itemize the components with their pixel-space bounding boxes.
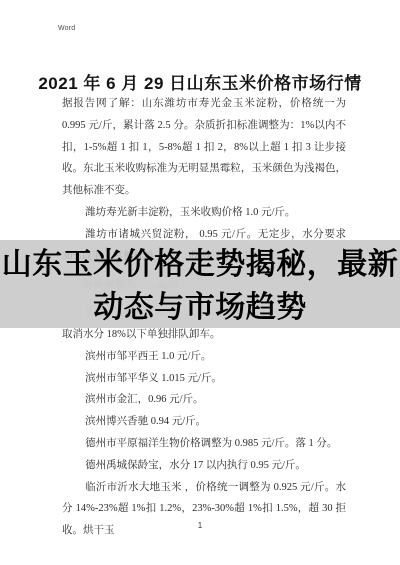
headline-overlay-band: 山东玉米价格走势揭秘，最新动态与市场趋势	[0, 240, 400, 328]
document-title: 2021 年 6 月 29 日山东玉米价格市场行情	[0, 69, 400, 94]
word-app-watermark: Word	[58, 25, 75, 32]
paragraph: 临沂市沂水大地玉米 ，价格统一调整为 0.925 元/斤。水分 14%-23%超…	[62, 477, 346, 542]
paragraph: 德州市平原福洋生物价格调整为 0.985 元/斤。落 1 分。	[62, 433, 346, 455]
document-page: Word 2021 年 6 月 29 日山东玉米价格市场行情 据报告网了解：山东…	[0, 0, 400, 565]
paragraph: 据报告网了解：山东潍坊市寿光金玉米淀粉，价格统一为 0.995 元/斤，累计落 …	[62, 93, 346, 202]
overlay-headline: 山东玉米价格走势揭秘，最新动态与市场趋势	[0, 240, 400, 329]
paragraph: 滨州市金汇，0.96 元/斤。	[62, 389, 346, 411]
paragraph: 滨州市邹平华义 1.015 元/斤。	[62, 368, 346, 390]
page-number: 1	[0, 521, 400, 530]
paragraph: 滨州博兴香驰 0.94 元/斤。	[62, 411, 346, 433]
paragraph: 德州禹城保龄宝，水分 17 以内执行 0.95 元/斤。	[62, 455, 346, 477]
paragraph: 滨州市邹平西王 1.0 元/斤。	[62, 346, 346, 368]
body-text-lower: 取消水分 18%以下单独排队卸车。 滨州市邹平西王 1.0 元/斤。 滨州市邹平…	[62, 324, 346, 542]
paragraph: 潍坊寿光新丰淀粉，玉米收购价格 1.0 元/斤。	[62, 202, 346, 224]
